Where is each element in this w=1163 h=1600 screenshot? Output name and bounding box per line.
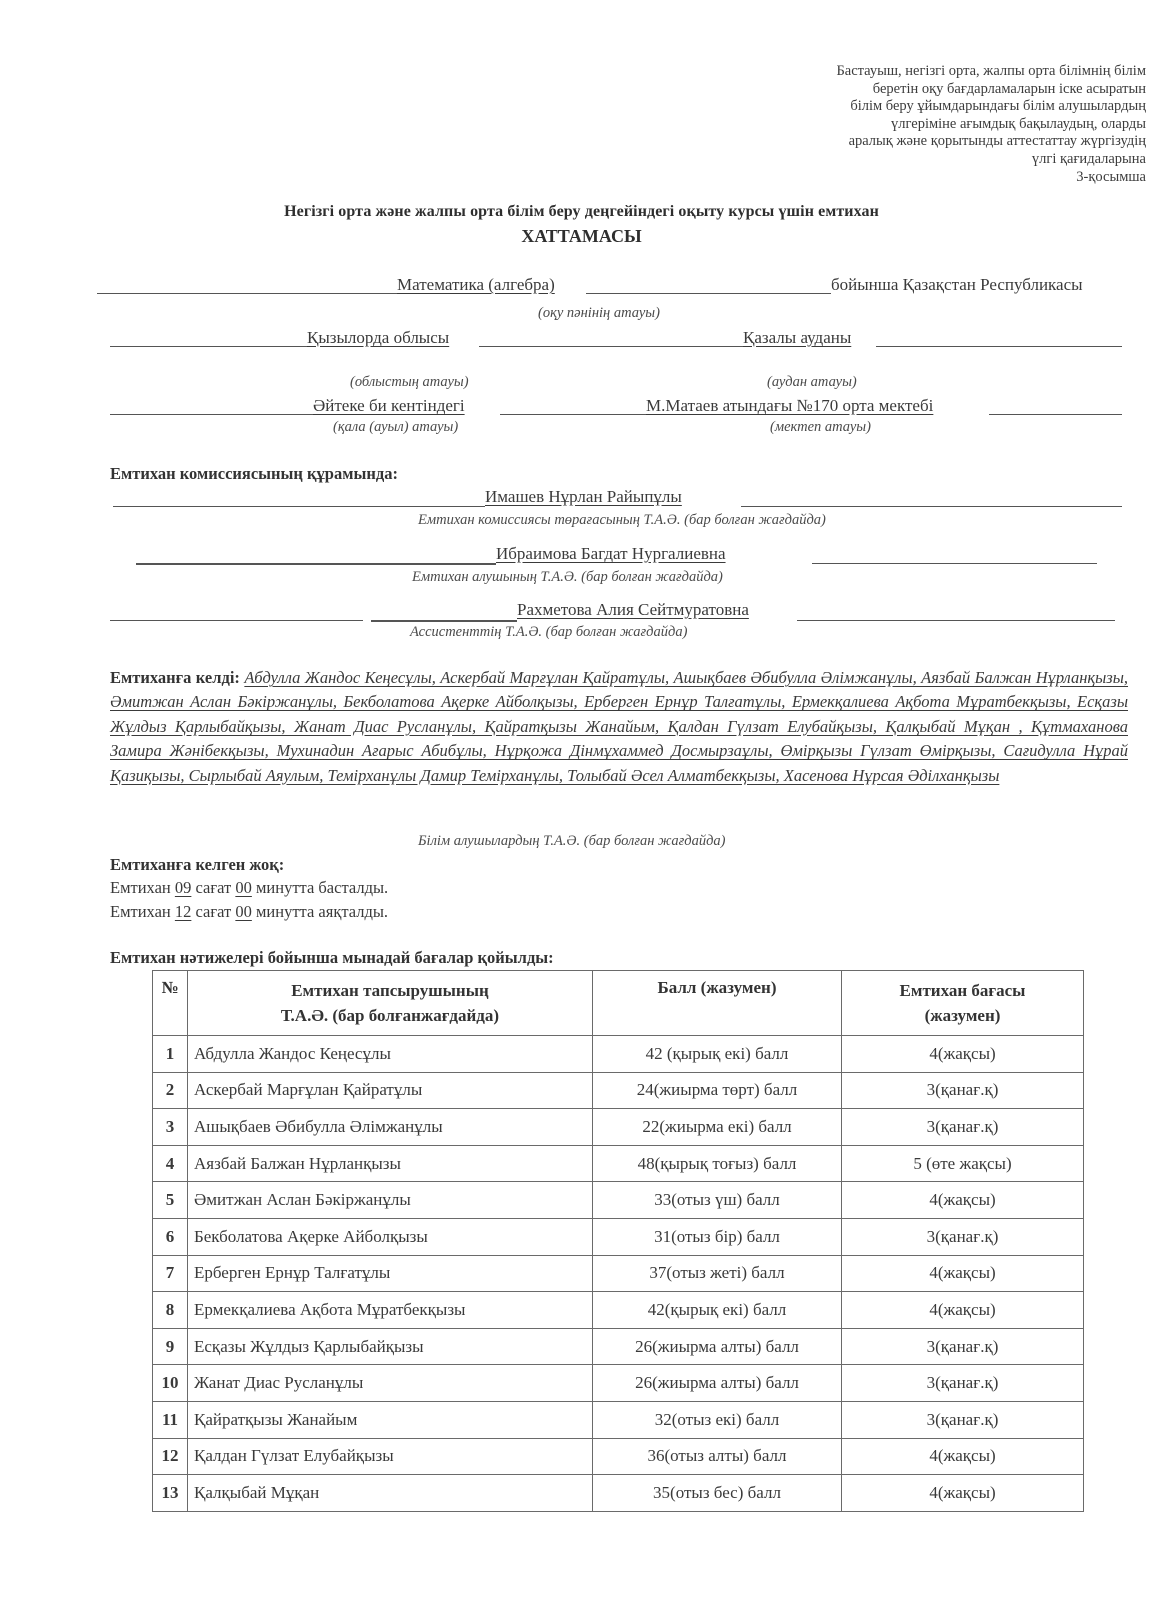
score-text: 33(отыз үш) балл — [593, 1182, 842, 1219]
end-hour: 12 — [175, 902, 192, 921]
appendix-line: беретін оқу бағдарламаларын іске асыраты… — [726, 81, 1146, 99]
table-row: 3Ашықбаев Әбибулла Әлімжанұлы22(жиырма е… — [153, 1109, 1084, 1146]
attended-names: Абдулла Жандос Кеңесұлы, Аскербай Марғұл… — [110, 668, 1128, 785]
score-text: 36(отыз алты) балл — [593, 1438, 842, 1475]
table-row: 10Жанат Диас Русланұлы26(жиырма алты) ба… — [153, 1365, 1084, 1402]
row-number: 8 — [153, 1292, 188, 1329]
student-name: Аязбай Балжан Нұрланқызы — [188, 1145, 593, 1182]
header-score: Балл (жазумен) — [593, 971, 842, 1036]
table-row: 11Қайратқызы Жанайым32(отыз екі) балл3(қ… — [153, 1401, 1084, 1438]
grade-text: 3(қанағ.қ) — [842, 1218, 1084, 1255]
end-minute: 00 — [235, 902, 252, 921]
students-hint: Білім алушылардың Т.А.Ә. (бар болған жағ… — [418, 833, 726, 850]
table-row: 5Әмитжан Аслан Бәкіржанұлы33(отыз үш) ба… — [153, 1182, 1084, 1219]
row-number: 4 — [153, 1145, 188, 1182]
table-row: 2Аскербай Марғұлан Қайратұлы24(жиырма тө… — [153, 1072, 1084, 1109]
grade-text: 4(жақсы) — [842, 1255, 1084, 1292]
table-row: 9Есқазы Жұлдыз Қарлыбайқызы26(жиырма алт… — [153, 1328, 1084, 1365]
grade-text: 4(жақсы) — [842, 1292, 1084, 1329]
blank-line — [586, 293, 831, 294]
attended-section: Емтиханға келді: Абдулла Жандос Кеңесұлы… — [110, 666, 1128, 788]
row-number: 11 — [153, 1401, 188, 1438]
row-number: 13 — [153, 1475, 188, 1512]
assistant-name: Рахметова Алия Сейтмуратовна — [517, 600, 749, 620]
blank-line — [812, 563, 1097, 564]
examiner-hint: Емтихан алушының Т.А.Ә. (бар болған жағд… — [412, 569, 723, 586]
table-row: 13Қалқыбай Мұқан35(отыз бес) балл4(жақсы… — [153, 1475, 1084, 1512]
blank-line — [797, 620, 1115, 621]
blank-line — [136, 563, 496, 565]
row-number: 3 — [153, 1109, 188, 1146]
blank-line — [479, 346, 743, 347]
exam-end: Емтихан 12 сағат 00 минутта аяқталды. — [110, 902, 388, 922]
row-number: 10 — [153, 1365, 188, 1402]
score-text: 26(жиырма алты) балл — [593, 1365, 842, 1402]
blank-line — [110, 414, 313, 415]
results-label: Емтихан нәтижелері бойынша мынадай бағал… — [110, 948, 554, 968]
region-value: Қызылорда облысы — [307, 328, 449, 348]
school-hint: (мектеп атауы) — [770, 419, 871, 436]
row-number: 7 — [153, 1255, 188, 1292]
table-header-row: № Емтихан тапсырушының Т.А.Ә. (бар болға… — [153, 971, 1084, 1036]
document-title-protocol: ХАТТАМАСЫ — [0, 226, 1163, 247]
blank-line — [500, 414, 646, 415]
student-name: Бекболатова Ақерке Айболқызы — [188, 1218, 593, 1255]
score-text: 42(қырық екі) балл — [593, 1292, 842, 1329]
student-name: Қалдан Гүлзат Елубайқызы — [188, 1438, 593, 1475]
subject-value: Математика (алгебра) — [397, 275, 555, 295]
student-name: Қалқыбай Мұқан — [188, 1475, 593, 1512]
header-grade: Емтихан бағасы (жазумен) — [842, 971, 1084, 1036]
student-name: Абдулла Жандос Кеңесұлы — [188, 1036, 593, 1073]
score-text: 48(қырық тоғыз) балл — [593, 1145, 842, 1182]
exam-start: Емтихан 09 сағат 00 минутта басталды. — [110, 878, 388, 898]
grade-text: 3(қанағ.қ) — [842, 1109, 1084, 1146]
grade-text: 3(қанағ.қ) — [842, 1401, 1084, 1438]
student-name: Есқазы Жұлдыз Қарлыбайқызы — [188, 1328, 593, 1365]
student-name: Жанат Диас Русланұлы — [188, 1365, 593, 1402]
appendix-line: білім беру ұйымдарындағы білім алушылард… — [726, 98, 1146, 116]
grade-text: 4(жақсы) — [842, 1036, 1084, 1073]
blank-line — [97, 293, 397, 294]
district-hint: (аудан атауы) — [767, 374, 857, 391]
table-row: 8Ермекқалиева Ақбота Мұратбекқызы42(қыры… — [153, 1292, 1084, 1329]
settlement-hint: (қала (ауыл) атауы) — [333, 419, 458, 436]
subject-hint: (оқу пәнінің атауы) — [538, 305, 660, 322]
row-number: 6 — [153, 1218, 188, 1255]
blank-line — [876, 346, 1122, 347]
appendix-line: Бастауыш, негізгі орта, жалпы орта білім… — [726, 63, 1146, 81]
score-text: 35(отыз бес) балл — [593, 1475, 842, 1512]
header-num: № — [153, 971, 188, 1036]
row-number: 12 — [153, 1438, 188, 1475]
blank-line — [371, 620, 517, 622]
examiner-name: Ибраимова Багдат Нургалиевна — [496, 544, 726, 564]
table-row: 4Аязбай Балжан Нұрланқызы48(қырық тоғыз)… — [153, 1145, 1084, 1182]
grade-text: 3(қанағ.қ) — [842, 1072, 1084, 1109]
commission-chair-name: Имашев Нұрлан Райыпұлы — [485, 487, 682, 507]
table-row: 1Абдулла Жандос Кеңесұлы42 (қырық екі) б… — [153, 1036, 1084, 1073]
score-text: 37(отыз жеті) балл — [593, 1255, 842, 1292]
student-name: Аскербай Марғұлан Қайратұлы — [188, 1072, 593, 1109]
grade-text: 5 (өте жақсы) — [842, 1145, 1084, 1182]
score-text: 31(отыз бір) балл — [593, 1218, 842, 1255]
start-hour: 09 — [175, 878, 192, 897]
blank-line — [110, 620, 363, 621]
score-text: 22(жиырма екі) балл — [593, 1109, 842, 1146]
district-value: Қазалы ауданы — [743, 328, 851, 348]
grade-text: 4(жақсы) — [842, 1182, 1084, 1219]
subject-suffix: бойынша Қазақстан Республикасы — [831, 275, 1083, 295]
appendix-line: үлгі қағидаларына — [726, 151, 1146, 169]
settlement-value: Әйтеке би кентіндегі — [313, 396, 465, 416]
blank-line — [113, 506, 485, 507]
attended-label: Емтиханға келді: — [110, 668, 240, 687]
appendix-reference: Бастауыш, негізгі орта, жалпы орта білім… — [726, 63, 1146, 186]
score-text: 32(отыз екі) балл — [593, 1401, 842, 1438]
region-hint: (облыстың атауы) — [350, 374, 469, 391]
results-table: № Емтихан тапсырушының Т.А.Ә. (бар болға… — [152, 970, 1084, 1512]
student-name: Қайратқызы Жанайым — [188, 1401, 593, 1438]
appendix-line: аралық және қорытынды аттестаттау жүргіз… — [726, 133, 1146, 151]
school-value: М.Матаев атындағы №170 орта мектебі — [646, 396, 933, 416]
row-number: 9 — [153, 1328, 188, 1365]
row-number: 5 — [153, 1182, 188, 1219]
score-text: 42 (қырық екі) балл — [593, 1036, 842, 1073]
absent-label: Емтиханға келген жоқ: — [110, 855, 284, 875]
row-number: 2 — [153, 1072, 188, 1109]
grade-text: 3(қанағ.қ) — [842, 1328, 1084, 1365]
row-number: 1 — [153, 1036, 188, 1073]
student-name: Ашықбаев Әбибулла Әлімжанұлы — [188, 1109, 593, 1146]
header-name: Емтихан тапсырушының Т.А.Ә. (бар болғанж… — [188, 971, 593, 1036]
score-text: 26(жиырма алты) балл — [593, 1328, 842, 1365]
grade-text: 4(жақсы) — [842, 1475, 1084, 1512]
grade-text: 4(жақсы) — [842, 1438, 1084, 1475]
grade-text: 3(қанағ.қ) — [842, 1365, 1084, 1402]
appendix-line: үлгеріміне ағымдық бақылаудың, оларды — [726, 116, 1146, 134]
start-minute: 00 — [235, 878, 252, 897]
commission-chair-hint: Емтихан комиссиясы төрағасының Т.А.Ә. (б… — [418, 512, 826, 529]
document-title: Негізгі орта және жалпы орта білім беру … — [0, 203, 1163, 221]
student-name: Әмитжан Аслан Бәкіржанұлы — [188, 1182, 593, 1219]
assistant-hint: Ассистенттің Т.А.Ә. (бар болған жағдайда… — [410, 624, 687, 641]
score-text: 24(жиырма төрт) балл — [593, 1072, 842, 1109]
blank-line — [989, 414, 1122, 415]
results-body: 1Абдулла Жандос Кеңесұлы42 (қырық екі) б… — [153, 1036, 1084, 1512]
student-name: Ермекқалиева Ақбота Мұратбекқызы — [188, 1292, 593, 1329]
blank-line — [110, 346, 307, 347]
blank-line — [741, 506, 1122, 507]
table-row: 6Бекболатова Ақерке Айболқызы31(отыз бір… — [153, 1218, 1084, 1255]
student-name: Ерберген Ернұр Талғатұлы — [188, 1255, 593, 1292]
appendix-number: 3-қосымша — [726, 169, 1146, 187]
commission-label: Емтихан комиссиясының құрамында: — [110, 464, 398, 484]
table-row: 12Қалдан Гүлзат Елубайқызы36(отыз алты) … — [153, 1438, 1084, 1475]
table-row: 7Ерберген Ернұр Талғатұлы37(отыз жеті) б… — [153, 1255, 1084, 1292]
